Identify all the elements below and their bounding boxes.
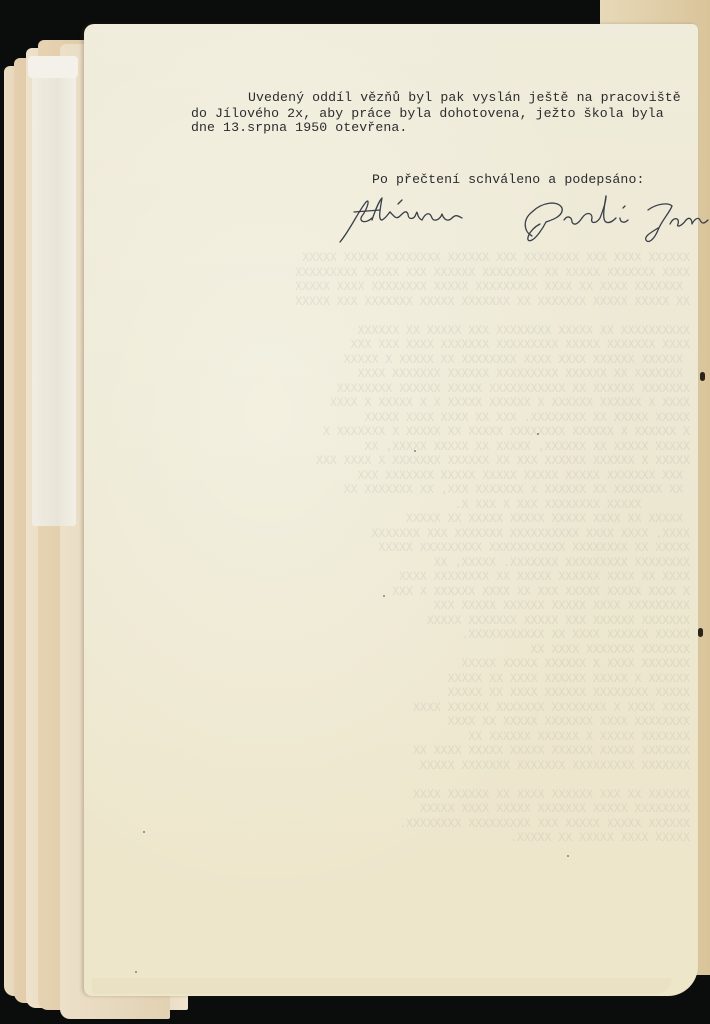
- binding-tape: [32, 56, 76, 526]
- signature-2: [525, 196, 628, 241]
- paper-speck: [135, 971, 137, 973]
- paper-speck: [567, 855, 569, 857]
- scanned-document-scene: XXXXXX XXXX XXX XXXXXXXX XXX XXXXXX XXXX…: [0, 0, 710, 1024]
- binding-tape-top: [28, 56, 78, 78]
- paragraph-line-2: do Jílového 2x, aby práce byla dohotoven…: [191, 106, 664, 121]
- signature-block: [336, 190, 710, 250]
- paper-speck: [414, 450, 416, 452]
- paragraph-line-1: Uvedený oddíl vězňů byl pak vyslán ještě…: [248, 90, 681, 105]
- binding-rivet: [700, 372, 705, 381]
- paper-speck: [143, 831, 145, 833]
- signature-3: [646, 204, 708, 242]
- paper-speck: [537, 433, 539, 435]
- paper-speck: [383, 595, 385, 597]
- paragraph-line-3: dne 13.srpna 1950 otevřena.: [191, 120, 407, 135]
- binding-rivet: [698, 628, 703, 637]
- handwritten-signatures: [336, 190, 710, 250]
- document-page: [84, 24, 698, 996]
- signature-1: [340, 198, 462, 242]
- page-bottom-curl: [92, 978, 672, 994]
- approval-statement: Po přečtení schváleno a podepsáno:: [372, 172, 644, 187]
